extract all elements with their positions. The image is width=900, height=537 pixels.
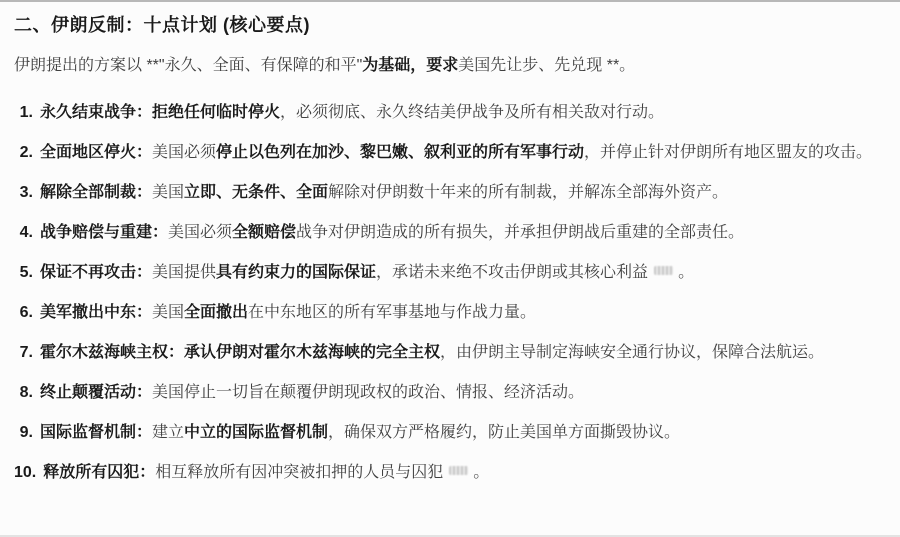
plan-item: 8. 终止颠覆活动：美国停止一切旨在颠覆伊朗现政权的政治、情报、经济活动。 bbox=[14, 379, 890, 407]
text-segment: 释放所有囚犯： bbox=[43, 464, 155, 481]
item-number: 9. bbox=[14, 419, 33, 447]
text-segment: 美国 bbox=[152, 184, 184, 201]
item-number: 4. bbox=[14, 219, 33, 247]
text-segment: 永久结束战争：拒绝任何临时停火 bbox=[40, 104, 280, 121]
text-segment: 停止以色列在加沙、黎巴嫩、叙利亚的所有军事行动 bbox=[216, 144, 584, 161]
plan-item: 2. 全面地区停火：美国必须停止以色列在加沙、黎巴嫩、叙利亚的所有军事行动，并停… bbox=[14, 139, 890, 167]
text-segment: 美国 bbox=[152, 304, 184, 321]
text-segment: 美国先让步、先兑现 **。 bbox=[458, 57, 635, 74]
text-segment: ，必须彻底、永久终结美伊战争及所有相关敌对行动。 bbox=[280, 104, 664, 121]
text-segment: 在中东地区的所有军事基地与作战力量。 bbox=[248, 304, 536, 321]
item-number: 10. bbox=[14, 459, 36, 487]
text-segment: 相互释放所有因冲突被扣押的人员与囚犯 bbox=[155, 464, 443, 481]
text-segment: 全面地区停火： bbox=[40, 144, 152, 161]
item-text: 永久结束战争：拒绝任何临时停火，必须彻底、永久终结美伊战争及所有相关敌对行动。 bbox=[40, 99, 890, 127]
text-segment: 美军撤出中东： bbox=[40, 304, 152, 321]
text-segment: 终止颠覆活动： bbox=[40, 384, 152, 401]
intro-paragraph: 伊朗提出的方案以 **"永久、全面、有保障的和平"为基础，要求美国先让步、先兑现… bbox=[14, 53, 890, 79]
text-segment: 建立 bbox=[152, 424, 184, 441]
plan-item: 3. 解除全部制裁：美国立即、无条件、全面解除对伊朗数十年来的所有制裁，并解冻全… bbox=[14, 179, 890, 207]
item-number: 1. bbox=[14, 99, 33, 127]
text-segment: 战争对伊朗造成的所有损失，并承担伊朗战后重建的全部责任。 bbox=[296, 224, 744, 241]
text-segment: 立即、无条件、全面 bbox=[184, 184, 328, 201]
item-text: 解除全部制裁：美国立即、无条件、全面解除对伊朗数十年来的所有制裁，并解冻全部海外… bbox=[40, 179, 890, 207]
item-number: 3. bbox=[14, 179, 33, 207]
text-segment: 美国提供 bbox=[152, 264, 216, 281]
text-segment: 美国停止一切旨在颠覆伊朗现政权的政治、情报、经济活动。 bbox=[152, 384, 584, 401]
text-segment: 为基础，要求 bbox=[362, 57, 458, 74]
item-text: 终止颠覆活动：美国停止一切旨在颠覆伊朗现政权的政治、情报、经济活动。 bbox=[40, 379, 890, 407]
document: 二、伊朗反制：十点计划 (核心要点) 伊朗提出的方案以 **"永久、全面、有保障… bbox=[0, 0, 900, 537]
text-segment: 全额赔偿 bbox=[232, 224, 296, 241]
item-text: 国际监督机制：建立中立的国际监督机制，确保双方严格履约，防止美国单方面撕毁协议。 bbox=[40, 419, 890, 447]
plan-item: 4. 战争赔偿与重建：美国必须全额赔偿战争对伊朗造成的所有损失，并承担伊朗战后重… bbox=[14, 219, 890, 247]
text-segment: 战争赔偿与重建： bbox=[40, 224, 168, 241]
plan-item: 1. 永久结束战争：拒绝任何临时停火，必须彻底、永久终结美伊战争及所有相关敌对行… bbox=[14, 99, 890, 127]
item-text: 释放所有囚犯：相互释放所有因冲突被扣押的人员与囚犯。 bbox=[43, 459, 890, 487]
item-number: 5. bbox=[14, 259, 33, 287]
page-title: 二、伊朗反制：十点计划 (核心要点) bbox=[14, 14, 890, 37]
plan-item: 9. 国际监督机制：建立中立的国际监督机制，确保双方严格履约，防止美国单方面撕毁… bbox=[14, 419, 890, 447]
item-number: 2. bbox=[14, 139, 33, 167]
text-segment: 具有约束力的国际保证 bbox=[216, 264, 376, 281]
text-segment: 保证不再攻击： bbox=[40, 264, 152, 281]
text-segment: ，承诺未来绝不攻击伊朗或其核心利益 bbox=[376, 264, 648, 281]
text-segment: 。 bbox=[678, 264, 694, 281]
text-segment: 解除对伊朗数十年来的所有制裁，并解冻全部海外资产。 bbox=[328, 184, 728, 201]
item-text: 美军撤出中东：美国全面撤出在中东地区的所有军事基地与作战力量。 bbox=[40, 299, 890, 327]
text-segment: 中立的国际监督机制 bbox=[184, 424, 328, 441]
item-number: 6. bbox=[14, 299, 33, 327]
text-segment: 。 bbox=[473, 464, 489, 481]
item-number: 8. bbox=[14, 379, 33, 407]
item-number: 7. bbox=[14, 339, 33, 367]
text-segment: ，确保双方严格履约，防止美国单方面撕毁协议。 bbox=[328, 424, 680, 441]
plan-item: 5. 保证不再攻击：美国提供具有约束力的国际保证，承诺未来绝不攻击伊朗或其核心利… bbox=[14, 259, 890, 287]
text-segment: 解除全部制裁： bbox=[40, 184, 152, 201]
item-text: 保证不再攻击：美国提供具有约束力的国际保证，承诺未来绝不攻击伊朗或其核心利益。 bbox=[40, 259, 890, 287]
plan-item: 7. 霍尔木兹海峡主权：承认伊朗对霍尔木兹海峡的完全主权，由伊朗主导制定海峡安全… bbox=[14, 339, 890, 367]
item-text: 霍尔木兹海峡主权：承认伊朗对霍尔木兹海峡的完全主权，由伊朗主导制定海峡安全通行协… bbox=[40, 339, 890, 367]
text-segment: 美国必须 bbox=[152, 144, 216, 161]
item-text: 战争赔偿与重建：美国必须全额赔偿战争对伊朗造成的所有损失，并承担伊朗战后重建的全… bbox=[40, 219, 890, 247]
text-segment: 伊朗提出的方案以 **"永久、全面、有保障的和平" bbox=[14, 57, 362, 74]
citation-chip-icon bbox=[449, 466, 468, 475]
text-segment: 国际监督机制： bbox=[40, 424, 152, 441]
ten-point-plan-list: 1. 永久结束战争：拒绝任何临时停火，必须彻底、永久终结美伊战争及所有相关敌对行… bbox=[14, 99, 890, 487]
citation-chip-icon bbox=[654, 266, 673, 275]
plan-item: 6. 美军撤出中东：美国全面撤出在中东地区的所有军事基地与作战力量。 bbox=[14, 299, 890, 327]
text-segment: ，并停止针对伊朗所有地区盟友的攻击。 bbox=[584, 144, 872, 161]
item-text: 全面地区停火：美国必须停止以色列在加沙、黎巴嫩、叙利亚的所有军事行动，并停止针对… bbox=[40, 139, 890, 167]
text-segment: 霍尔木兹海峡主权：承认伊朗对霍尔木兹海峡的完全主权 bbox=[40, 344, 440, 361]
text-segment: 美国必须 bbox=[168, 224, 232, 241]
text-segment: ，由伊朗主导制定海峡安全通行协议，保障合法航运。 bbox=[440, 344, 824, 361]
text-segment: 全面撤出 bbox=[184, 304, 248, 321]
plan-item: 10. 释放所有囚犯：相互释放所有因冲突被扣押的人员与囚犯。 bbox=[14, 459, 890, 487]
